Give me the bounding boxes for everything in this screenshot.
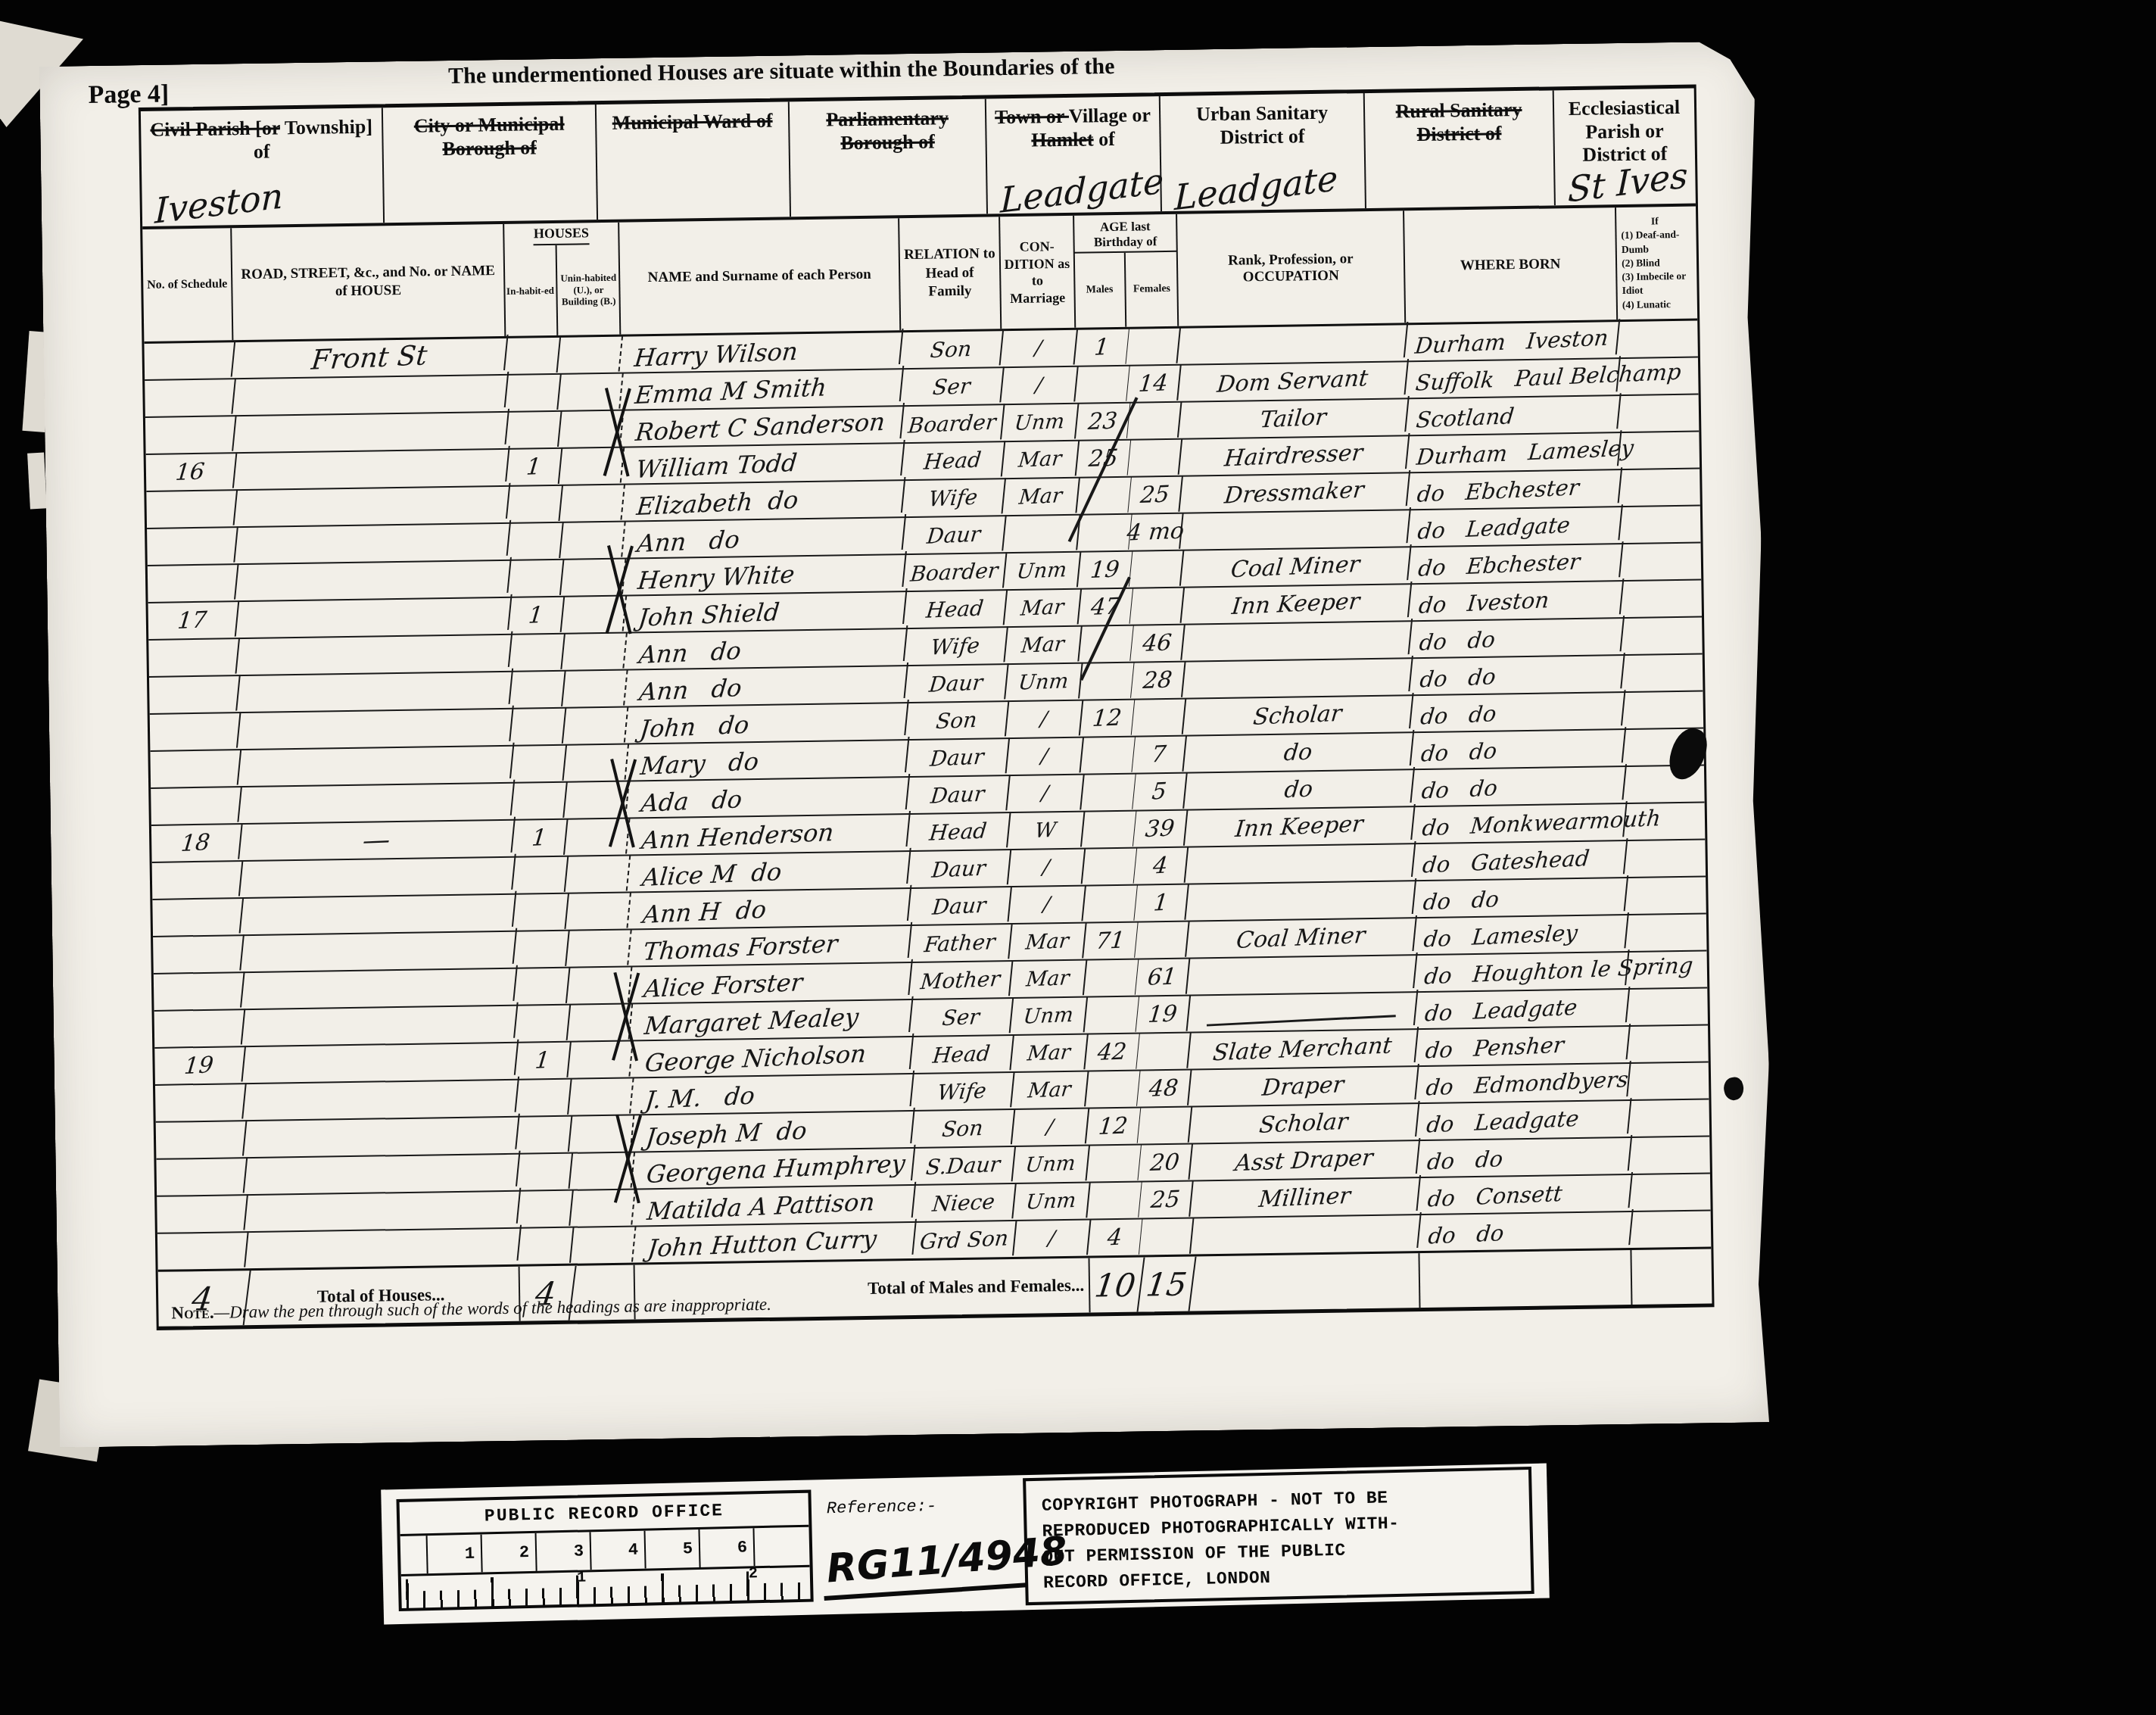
cell-relation: Son xyxy=(899,329,1004,370)
cell-age-female: 5 xyxy=(1133,773,1188,811)
field-label: Urban Sanitary District of xyxy=(1161,93,1364,150)
cell-schedule-number: 16 xyxy=(144,453,237,492)
scale-number: 5 xyxy=(645,1529,700,1569)
cell-infirmity xyxy=(1616,320,1696,358)
cell-houses-inhabited xyxy=(516,1116,573,1154)
infirmity-line: (3) Imbecile or Idiot xyxy=(1622,270,1690,298)
cell-infirmity xyxy=(1622,653,1702,692)
cell-schedule-number xyxy=(149,786,242,825)
cell-schedule-number xyxy=(151,897,244,937)
scale-number: 1 xyxy=(428,1534,483,1573)
cell-houses-inhabited xyxy=(518,1227,575,1265)
copyright-notice: COPYRIGHT PHOTOGRAPH - NOT TO BEREPRODUC… xyxy=(1023,1467,1534,1605)
col-infirmity: If (1) Deaf-and-Dumb (2) Blind (3) Imbec… xyxy=(1616,207,1694,320)
cell-condition: Mar xyxy=(1009,922,1087,961)
field-municipal-ward: Municipal Ward of xyxy=(597,101,791,220)
cell-infirmity xyxy=(1628,1136,1709,1174)
scale-number: 4 xyxy=(591,1531,646,1570)
page-number: Page 4] xyxy=(88,80,169,110)
cell-age-female xyxy=(1135,921,1190,959)
field-town-village: Town or Village or Hamlet of Leadgate xyxy=(986,96,1162,214)
cell-infirmity xyxy=(1625,950,1706,989)
cell-schedule-number xyxy=(142,341,235,381)
cell-schedule-number xyxy=(154,1157,248,1196)
cell-age-male: 4 xyxy=(1088,1219,1143,1257)
cell-age-male: 71 xyxy=(1083,922,1139,960)
col-age-group: AGE last Birthday of Males Females xyxy=(1074,214,1179,328)
total-females: 15 xyxy=(1138,1256,1196,1311)
scale-number: 6 xyxy=(699,1528,755,1567)
cell-condition: ∕ xyxy=(1008,885,1086,924)
cell-houses-inhabited xyxy=(507,522,564,560)
cell-age-male xyxy=(1084,959,1139,997)
cell-houses-inhabited xyxy=(514,1005,571,1043)
cell-occupation xyxy=(1190,1212,1421,1258)
cell-houses-uninhabited xyxy=(562,632,628,671)
cell-age-female xyxy=(1129,588,1185,625)
cell-age-male xyxy=(1079,625,1134,663)
household-end-mark xyxy=(597,386,634,478)
cell-age-female: 25 xyxy=(1139,1181,1194,1219)
total-males: 10 xyxy=(1087,1258,1145,1313)
cell-age-female: 28 xyxy=(1131,662,1186,700)
scale-number: 3 xyxy=(537,1532,592,1571)
cell-relation: Father xyxy=(908,923,1013,963)
cell-relation: Boarder xyxy=(901,404,1005,444)
cell-schedule-number xyxy=(147,638,240,678)
cell-relation: Boarder xyxy=(903,552,1008,592)
cell-schedule-number xyxy=(156,1231,249,1271)
cell-schedule-number xyxy=(155,1194,248,1233)
cell-schedule-number xyxy=(148,675,241,715)
col-age-females: Females xyxy=(1126,252,1178,327)
col-houses-group: HOUSES In-habit-ed Unin-habited (U.), or… xyxy=(504,223,621,336)
cell-age-female: 4 xyxy=(1133,847,1189,885)
cell-age-male xyxy=(1082,848,1137,886)
cell-age-female xyxy=(1132,699,1187,737)
cell-infirmity xyxy=(1621,616,1701,655)
cell-infirmity xyxy=(1627,1024,1707,1063)
cell-relation: Ser xyxy=(900,366,1005,407)
census-sheet: Page 4] The undermentioned Houses are si… xyxy=(39,41,1774,1447)
cell-houses-inhabited xyxy=(517,1190,574,1228)
cell-age-female: 7 xyxy=(1132,736,1187,774)
cell-condition: Unm xyxy=(1013,1182,1091,1221)
cell-relation: Daur xyxy=(907,849,1011,889)
cell-relation: Daur xyxy=(905,737,1010,778)
label-segment: Hamlet xyxy=(1031,128,1094,151)
cell-condition: Unm xyxy=(1012,1145,1090,1183)
cell-houses-inhabited xyxy=(510,708,567,746)
cell-age-male: 1 xyxy=(1074,329,1129,366)
cell-houses-uninhabited xyxy=(563,706,629,745)
cell-condition: Mar xyxy=(1005,625,1083,664)
cell-schedule-number xyxy=(148,749,241,788)
col-uninhabited: Unin-habited (U.), or Building (B.) xyxy=(557,245,621,335)
cell-age-male xyxy=(1082,811,1137,849)
infirmity-line: If xyxy=(1651,215,1659,229)
cell-relation: Son xyxy=(911,1109,1015,1149)
cell-infirmity xyxy=(1619,542,1700,581)
cell-houses-inhabited: 1 xyxy=(512,819,569,857)
cell-infirmity xyxy=(1626,987,1706,1026)
cell-age-male xyxy=(1080,737,1136,775)
cell-relation: Daur xyxy=(902,515,1007,555)
cell-condition: ∕ xyxy=(1001,366,1079,404)
cell-houses-inhabited: 1 xyxy=(515,1042,572,1080)
cell-infirmity xyxy=(1619,468,1699,507)
cell-houses-inhabited xyxy=(509,634,565,672)
cell-relation: Daur xyxy=(906,775,1011,815)
cell-age-male xyxy=(1087,1182,1142,1220)
cell-age-female xyxy=(1139,1218,1195,1256)
cell-condition: W xyxy=(1008,811,1086,850)
cell-age-male xyxy=(1081,774,1136,812)
field-civil-parish: Civil Parish [or Township] of Iveston xyxy=(141,108,385,226)
totals-empty-cell xyxy=(1192,1253,1420,1311)
handwritten-civil-parish: Iveston xyxy=(154,175,284,232)
cell-condition: Mar xyxy=(1004,588,1082,627)
cell-houses-inhabited: 1 xyxy=(508,597,565,635)
cell-relation: Wife xyxy=(911,1071,1015,1112)
cell-age-female: 48 xyxy=(1137,1070,1192,1108)
cell-age-female: 1 xyxy=(1134,884,1189,922)
col-relation: RELATION to Head of Family xyxy=(899,217,1002,330)
cell-houses-inhabited xyxy=(513,856,569,894)
col-occupation: Rank, Profession, or OCCUPATION xyxy=(1177,210,1406,326)
infirmity-line: (2) Blind xyxy=(1622,256,1660,270)
household-end-mark xyxy=(609,1113,645,1205)
cell-houses-uninhabited xyxy=(569,1077,634,1116)
cell-infirmity xyxy=(1624,839,1704,878)
cell-age-female: 46 xyxy=(1130,625,1185,663)
infirmity-line: (4) Lunatic xyxy=(1622,298,1671,312)
field-label: Municipal Ward of xyxy=(597,101,789,135)
field-parliamentary-borough: Parliamentary Borough of xyxy=(790,98,988,217)
cell-schedule-number xyxy=(144,416,237,455)
cell-age-male xyxy=(1083,885,1138,923)
field-urban-sanitary-district: Urban Sanitary District of Leadgate xyxy=(1161,93,1366,211)
cell-infirmity xyxy=(1625,913,1706,952)
scale-lead-cell xyxy=(400,1536,428,1574)
col-inhabited: In-habit-ed xyxy=(504,245,559,336)
torn-paper-scrap xyxy=(27,452,47,509)
totals-empty-cell xyxy=(1631,1249,1709,1304)
cell-infirmity xyxy=(1629,1173,1709,1211)
label-segment: Urban Sanitary District of xyxy=(1196,101,1328,148)
col-road-street: ROAD, STREET, &c., and No. or NAME of HO… xyxy=(232,224,506,340)
cell-condition: ∕ xyxy=(1005,700,1083,738)
cell-infirmity xyxy=(1620,579,1700,618)
photographed-census-page: Page 4] The undermentioned Houses are si… xyxy=(0,0,2156,1715)
label-segment: Parliamentary Borough of xyxy=(826,107,949,154)
cell-houses-inhabited xyxy=(513,931,570,968)
cell-relation: Wife xyxy=(904,626,1008,666)
cell-schedule-number xyxy=(151,934,245,974)
cell-houses-inhabited xyxy=(510,745,567,783)
col-condition: CON-DITION as to Marriage xyxy=(1000,216,1076,329)
cell-age-female: 20 xyxy=(1138,1144,1193,1182)
cell-schedule-number: 18 xyxy=(150,823,243,862)
cell-houses-inhabited xyxy=(513,893,569,931)
cell-schedule-number xyxy=(150,860,243,900)
cell-age-male: 47 xyxy=(1078,588,1133,626)
col-name: NAME and Surname of each Person xyxy=(619,218,901,334)
handwritten-urban-district: Leadgate xyxy=(1174,157,1338,218)
cell-relation: Niece xyxy=(912,1183,1017,1223)
cell-relation: Head xyxy=(901,441,1005,481)
cell-schedule-number xyxy=(148,713,241,752)
cell-schedule-number xyxy=(145,490,238,529)
cell-age-female xyxy=(1136,1033,1192,1071)
ink-blot xyxy=(1721,1075,1746,1102)
cell-infirmity xyxy=(1628,1062,1708,1100)
field-label: City or Municipal Borough of xyxy=(383,104,596,161)
cell-condition: ∕ xyxy=(1000,329,1078,367)
col-where-born: WHERE BORN xyxy=(1404,207,1618,323)
cell-houses-inhabited xyxy=(505,374,562,412)
cell-houses-inhabited xyxy=(504,337,561,375)
cell-schedule-number xyxy=(154,1083,247,1122)
public-record-office-stamp: PUBLIC RECORD OFFICE 123456 1 2 xyxy=(396,1490,813,1611)
cell-relation: Son xyxy=(905,700,1009,741)
cell-infirmity xyxy=(1618,394,1698,432)
cell-age-male: 42 xyxy=(1085,1034,1140,1071)
cell-age-male xyxy=(1086,1071,1141,1109)
cell-schedule-number: 19 xyxy=(153,1046,246,1085)
cell-age-male: 23 xyxy=(1076,403,1131,441)
cell-condition: ∕ xyxy=(1007,774,1085,812)
col-age-males: Males xyxy=(1074,253,1126,328)
cell-houses-inhabited xyxy=(514,968,571,1006)
cell-relation: Daur xyxy=(905,663,1009,703)
cell-condition: ∕ xyxy=(1014,1219,1092,1258)
cell-age-male xyxy=(1077,514,1133,552)
ruler-ticks xyxy=(406,1569,806,1610)
cell-schedule-number xyxy=(143,379,236,418)
cell-condition: Unm xyxy=(1004,551,1082,590)
scale-number: 2 xyxy=(482,1533,537,1573)
cell-age-male xyxy=(1086,1145,1142,1183)
label-segment: Municipal Ward of xyxy=(612,110,773,134)
archive-stamp-strip: PUBLIC RECORD OFFICE 123456 1 2 Referenc… xyxy=(381,1464,1550,1625)
cell-houses-uninhabited xyxy=(565,855,631,893)
cell-schedule-number xyxy=(146,564,239,603)
infirmity-line: (1) Deaf-and-Dumb xyxy=(1621,228,1689,257)
cell-houses-inhabited xyxy=(508,560,565,597)
cell-condition: Mar xyxy=(1011,1071,1089,1109)
cell-houses-inhabited xyxy=(516,1153,573,1191)
label-segment: Civil Parish [or xyxy=(150,117,280,141)
cell-condition: ∕ xyxy=(1006,737,1084,775)
label-segment: Village or xyxy=(1069,104,1151,127)
cell-infirmity xyxy=(1630,1210,1710,1249)
cell-schedule-number xyxy=(152,971,245,1011)
field-label: Town or Village or Hamlet of xyxy=(986,96,1160,153)
age-title: AGE last Birthday of xyxy=(1074,214,1176,252)
cell-age-female xyxy=(1138,1107,1193,1145)
label-segment: Rural Sanitary District of xyxy=(1395,98,1522,145)
cell-infirmity xyxy=(1625,876,1705,915)
cell-infirmity xyxy=(1624,802,1704,840)
household-end-mark xyxy=(600,544,636,635)
field-municipal-borough: City or Municipal Borough of xyxy=(383,104,598,223)
cell-relation: Mother xyxy=(909,960,1014,1000)
cell-schedule-number: 17 xyxy=(146,601,239,641)
locality-header-row: Civil Parish [or Township] of Iveston Ci… xyxy=(141,89,1696,229)
cell-houses-uninhabited xyxy=(566,929,632,968)
cell-age-female: 39 xyxy=(1133,810,1189,848)
cell-condition: ∕ xyxy=(1008,848,1086,887)
label-segment: of xyxy=(1093,128,1115,150)
label-segment: Ecclesiastical Parish or District of xyxy=(1569,96,1681,166)
cell-houses-inhabited xyxy=(516,1079,572,1117)
label-segment: City or Municipal Borough of xyxy=(414,113,565,160)
household-end-mark xyxy=(606,971,643,1062)
cell-houses-inhabited xyxy=(506,485,563,523)
census-form: Civil Parish [or Township] of Iveston Ci… xyxy=(139,85,1715,1330)
cell-relation: Grd Son xyxy=(913,1220,1017,1260)
field-rural-sanitary-district: Rural Sanitary District of xyxy=(1365,90,1556,208)
cell-houses-uninhabited xyxy=(562,669,628,708)
cell-relation: Ser xyxy=(909,997,1014,1037)
field-label: Parliamentary Borough of xyxy=(790,98,986,155)
cell-infirmity xyxy=(1617,357,1697,395)
cell-houses-uninhabited xyxy=(559,484,625,522)
cell-condition: ∕ xyxy=(1011,1108,1089,1146)
cell-condition: Mar xyxy=(1002,477,1080,516)
cell-houses-uninhabited xyxy=(557,335,623,374)
cell-where-born: do do xyxy=(1417,1209,1633,1254)
houses-title: HOUSES xyxy=(534,223,589,245)
reference-label: Reference:- xyxy=(827,1495,1015,1519)
cell-condition: Mar xyxy=(1011,1034,1089,1072)
cell-schedule-number xyxy=(145,527,238,566)
cell-condition: Mar xyxy=(1002,440,1080,479)
field-label: Civil Parish [or Township] of xyxy=(141,108,382,165)
cell-condition xyxy=(1003,514,1081,553)
field-label: Rural Sanitary District of xyxy=(1365,90,1553,147)
cell-age-female xyxy=(1127,439,1182,477)
cell-houses-inhabited xyxy=(511,782,568,820)
column-header-row: No. of Schedule ROAD, STREET, &c., and N… xyxy=(142,207,1697,344)
cell-houses-inhabited: 1 xyxy=(506,448,563,486)
cell-relation: Wife xyxy=(902,478,1006,518)
table-body: Front St Harry Wilson Son ∕ 1 Durham Ive… xyxy=(144,321,1711,1270)
household-end-mark xyxy=(603,757,640,849)
cell-age-male xyxy=(1075,366,1130,404)
cell-infirmity xyxy=(1622,691,1702,729)
cell-age-female: 61 xyxy=(1136,959,1191,996)
sheet-title: The undermentioned Houses are situate wi… xyxy=(312,51,1251,91)
cell-houses-uninhabited xyxy=(565,892,631,931)
handwritten-village: Leadgate xyxy=(1000,160,1164,220)
cell-age-male: 12 xyxy=(1086,1108,1142,1146)
cell-condition: Unm xyxy=(1005,663,1083,701)
cell-houses-uninhabited xyxy=(571,1226,637,1264)
label-segment: Town or xyxy=(995,105,1069,128)
cell-houses-inhabited xyxy=(509,671,566,709)
cell-age-female: 4 mo xyxy=(1129,513,1184,551)
cell-relation: S.Daur xyxy=(911,1146,1016,1186)
cell-relation: Head xyxy=(910,1034,1014,1074)
cell-infirmity xyxy=(1618,431,1698,469)
cell-condition: Unm xyxy=(1010,996,1088,1035)
cell-houses-inhabited xyxy=(506,411,562,449)
cell-age-female: 19 xyxy=(1136,996,1191,1034)
cell-age-female xyxy=(1127,402,1182,440)
col-schedule: No. of Schedule xyxy=(142,228,233,341)
totals-empty-cell xyxy=(1419,1250,1632,1308)
cell-condition: Unm xyxy=(1002,403,1080,441)
cell-age-female xyxy=(1129,550,1185,588)
cell-age-male xyxy=(1084,996,1139,1034)
cell-condition: Mar xyxy=(1010,959,1088,998)
cell-age-female xyxy=(1126,328,1181,366)
cell-relation: Daur xyxy=(908,886,1012,926)
cell-infirmity xyxy=(1619,505,1700,544)
cell-age-female: 25 xyxy=(1128,476,1183,514)
cell-relation: Head xyxy=(907,812,1011,852)
cell-infirmity xyxy=(1628,1099,1708,1137)
cell-schedule-number xyxy=(154,1120,248,1159)
reference-area: Reference:- RG11/4948 xyxy=(826,1482,1017,1609)
footnote-prefix: Note. xyxy=(171,1303,214,1323)
cell-relation: Head xyxy=(903,589,1008,629)
cell-schedule-number xyxy=(152,1009,245,1048)
cell-age-male: 12 xyxy=(1080,700,1136,737)
field-ecclesiastical-parish: Ecclesiastical Parish or District of St … xyxy=(1554,89,1696,206)
